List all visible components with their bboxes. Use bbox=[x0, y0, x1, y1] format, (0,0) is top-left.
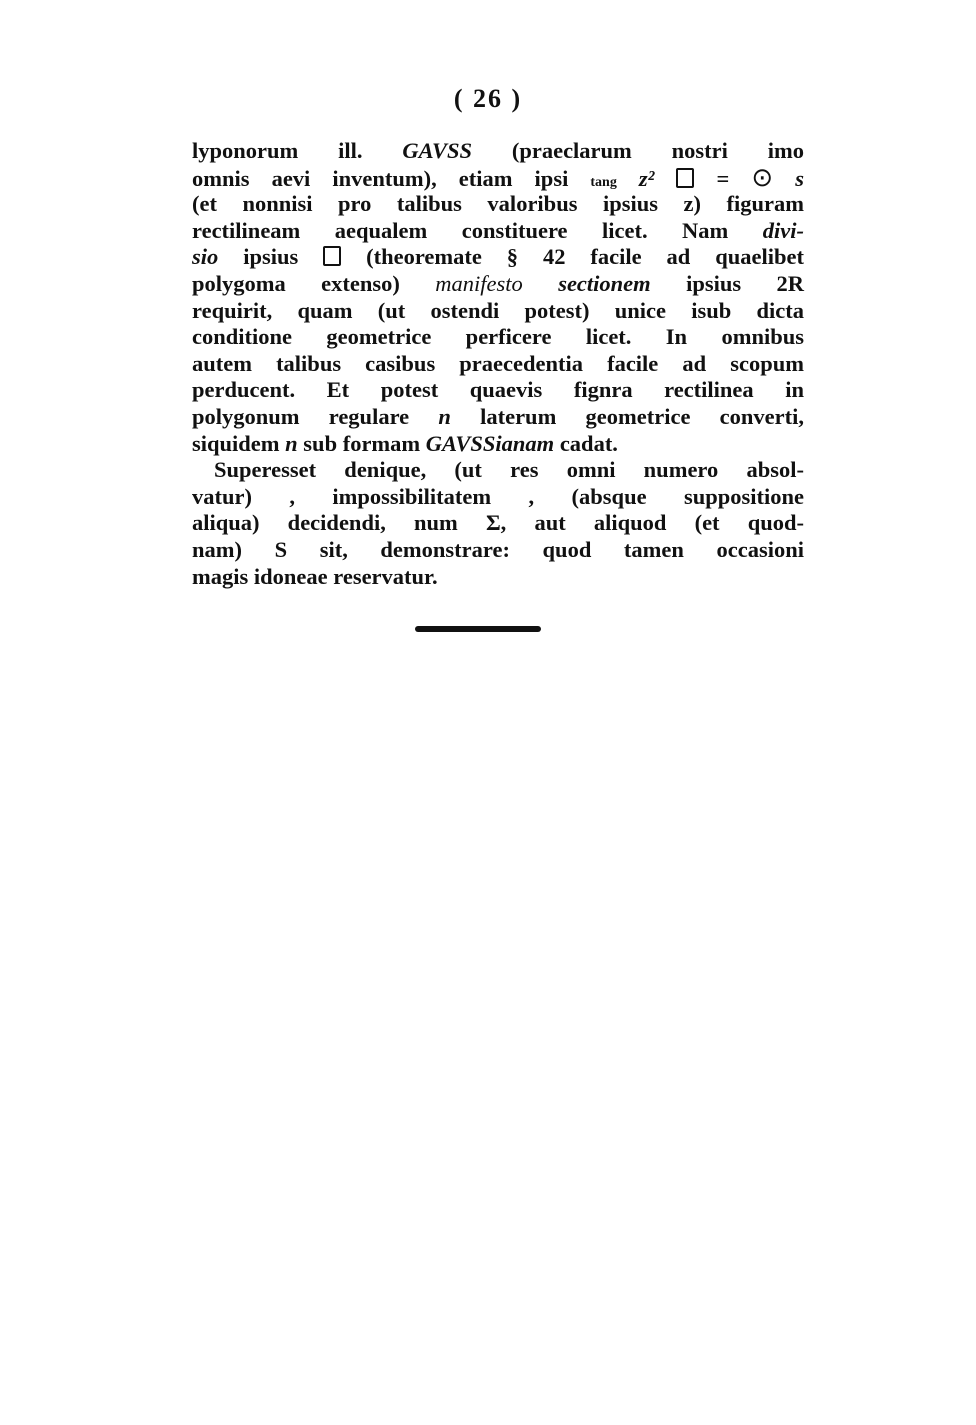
text-line: rectilineam aequalem constituere licet. … bbox=[192, 218, 804, 245]
text-line: polygonum regulare n laterum geometrice … bbox=[192, 404, 804, 431]
text-line: vatur) , impossibilitatem , (absque supp… bbox=[192, 484, 804, 511]
circle-dot-symbol-icon: ⊙ bbox=[751, 163, 773, 192]
text-line: perducent. Et potest quaevis fignra rect… bbox=[192, 377, 804, 404]
text-line: lyponorum ill. GAVSS (praeclarum nostri … bbox=[192, 138, 804, 165]
text-line: (et nonnisi pro talibus valoribus ipsius… bbox=[192, 191, 804, 218]
page-number: ( 26 ) bbox=[0, 84, 976, 114]
text-line: polygoma extenso) manifesto sectionem ip… bbox=[192, 271, 804, 298]
paragraph-2: Superesset denique, (ut res omni numero … bbox=[192, 457, 804, 590]
text-line: autem talibus casibus praecedentia facil… bbox=[192, 351, 804, 378]
text-line: omnis aevi inventum), etiam ipsi tang z²… bbox=[192, 165, 804, 192]
end-rule-divider bbox=[415, 626, 541, 632]
text-line: sio ipsius (theoremate § 42 facile ad qu… bbox=[192, 244, 804, 271]
text-line: Superesset denique, (ut res omni numero … bbox=[192, 457, 804, 484]
author-name: GAVSSianam bbox=[426, 431, 554, 456]
square-symbol-icon bbox=[676, 168, 694, 188]
body-text: lyponorum ill. GAVSS (praeclarum nostri … bbox=[192, 138, 804, 590]
text-line: siquidem n sub formam GAVSSianam cadat. bbox=[192, 431, 804, 458]
sigma-symbol-icon: Σ bbox=[486, 510, 501, 535]
author-name: GAVSS bbox=[402, 138, 472, 163]
paragraph-1: lyponorum ill. GAVSS (praeclarum nostri … bbox=[192, 138, 804, 457]
text-line: requirit, quam (ut ostendi potest) unice… bbox=[192, 298, 804, 325]
text-line: nam) S sit, demonstrare: quod tamen occa… bbox=[192, 537, 804, 564]
text-line: magis idoneae reservatur. bbox=[192, 564, 804, 591]
text-line: conditione geometrice perficere licet. I… bbox=[192, 324, 804, 351]
text-line: aliqua) decidendi, num Σ, aut aliquod (e… bbox=[192, 510, 804, 537]
square-symbol-icon bbox=[323, 246, 341, 266]
